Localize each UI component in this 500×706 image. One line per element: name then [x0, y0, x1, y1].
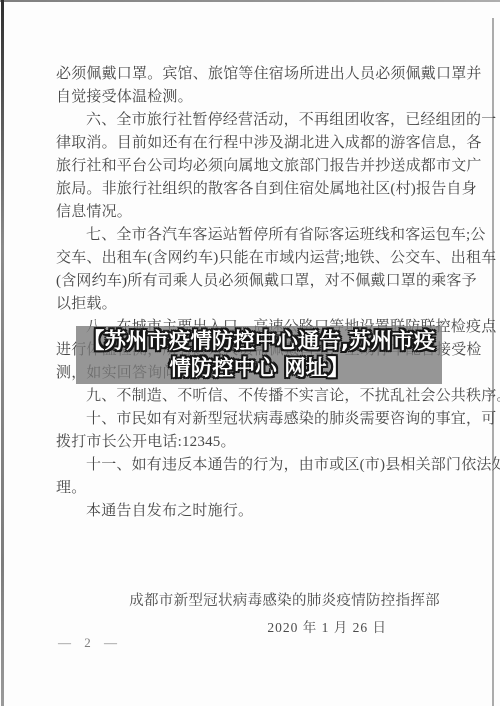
scanned-document-page: 必须佩戴口罩。宾馆、旅馆等住宿场所进出人员必须佩戴口罩并自觉接受体温检测。六、全…: [0, 0, 500, 706]
document-line: 自觉接受体温检测。: [56, 86, 460, 109]
document-line: 交车、出租车(含网约车)只能在市域内运营;地铁、公交车、出租车: [56, 247, 460, 270]
document-lines: 必须佩戴口罩。宾馆、旅馆等住宿场所进出人员必须佩戴口罩并自觉接受体温检测。六、全…: [56, 63, 460, 523]
document-line: 信息情况。: [56, 201, 460, 224]
scan-left-edge: [1, 0, 4, 706]
document-line: 本通告自发布之时施行。: [56, 500, 460, 523]
document-line: (含网约车)所有司乘人员必须佩戴口罩，对不佩戴口罩的乘客予: [56, 270, 460, 293]
document-line: 七、全市各汽车客运站暂停所有省际客运班线和客运包车;公: [56, 224, 460, 247]
page-number: — 2 —: [58, 635, 122, 651]
watermark-overlay: 【苏州市疫情防控中心通告,苏州市疫 情防控中心 网址】: [76, 326, 442, 384]
document-line: 拨打市长公开电话:12345。: [56, 431, 460, 454]
document-line: 律取消。目前如还有在行程中涉及湖北进入成都的游客信息，各: [56, 132, 460, 155]
watermark-text-line-2: 情防控中心 网址】: [169, 355, 349, 382]
document-date: 2020 年 1 月 26 日: [56, 616, 387, 636]
document-line: 旅行社和平台公司均必须向属地文旅部门报告并抄送成都市文广: [56, 155, 460, 178]
document-line: 九、不制造、不听信、不传播不实言论，不扰乱社会公共秩序。: [56, 385, 460, 408]
document-line: 旅局。非旅行社组织的散客各自到住宿处属地社区(村)报告自身: [56, 178, 460, 201]
document-line: 以拒载。: [56, 293, 460, 316]
issuing-authority-signature: 成都市新型冠状病毒感染的肺炎疫情防控指挥部: [56, 589, 440, 610]
document-line: 六、全市旅行社暂停经营活动，不再组团收客，已经组团的一: [56, 109, 460, 132]
scan-top-edge: [0, 0, 500, 2]
document-line: 必须佩戴口罩。宾馆、旅馆等住宿场所进出人员必须佩戴口罩并: [56, 63, 460, 86]
document-line: 理。: [56, 477, 460, 500]
document-line: 十一、如有违反本通告的行为，由市或区(市)县相关部门依法处: [56, 454, 460, 477]
watermark-text-line-1: 【苏州市疫情防控中心通告,苏州市疫: [83, 328, 435, 355]
document-line: 十、市民如有对新型冠状病毒感染的肺炎需要咨询的事宜，可: [56, 408, 460, 431]
